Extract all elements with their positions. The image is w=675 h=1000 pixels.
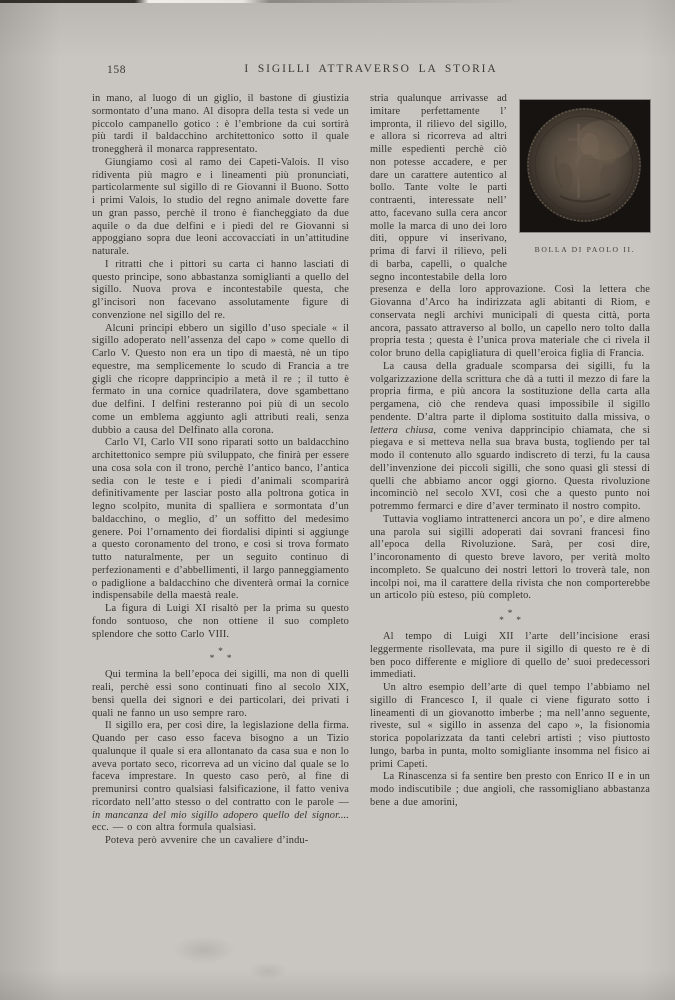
- paragraph: Poteva però avvenire che un cavaliere d’…: [92, 835, 349, 848]
- paragraph: La Rinascenza si fa sentire ben presto c…: [370, 771, 650, 809]
- book-page: 158 I SIGILLI ATTRAVERSO LA STORIA in ma…: [0, 0, 675, 1000]
- paragraph: Un altro esempio dell’arte di quel tempo…: [370, 682, 650, 771]
- seal-photo: [520, 100, 650, 232]
- paragraph: La causa della graduale scomparsa dei si…: [370, 361, 650, 514]
- seal-illustration: [520, 100, 650, 232]
- figure-caption: BOLLA DI PAOLO II.: [520, 245, 650, 254]
- paragraph: Il sigillo era, per così dire, la legisl…: [92, 720, 349, 835]
- paragraph: Qui termina la bell’epoca dei sigilli, m…: [92, 669, 349, 720]
- paragraph: Carlo VI, Carlo VII sono riparati sotto …: [92, 437, 349, 603]
- asterism-divider: ** *: [370, 603, 650, 631]
- paragraph: Al tempo di Luigi XII l’arte dell’incisi…: [370, 631, 650, 682]
- paragraph: I ritratti che i pittori su carta ci han…: [92, 259, 349, 323]
- paragraph: Tuttavia vogliamo intrattenerci ancora u…: [370, 514, 650, 603]
- paragraph: Alcuni principi ebbero un sigillo d’uso …: [92, 323, 349, 438]
- running-title: I SIGILLI ATTRAVERSO LA STORIA: [92, 63, 650, 75]
- paper-smudge: [248, 962, 288, 980]
- scan-edge-artifact: [0, 0, 675, 3]
- paper-smudge: [172, 936, 236, 964]
- text-body: in mano, al luogo di un giglio, il basto…: [92, 93, 650, 848]
- asterism-divider: ** *: [92, 641, 349, 669]
- paragraph: La figura di Luigi XI risaltò per la pri…: [92, 603, 349, 641]
- page-number: 158: [107, 64, 126, 76]
- paragraph: Giungiamo così al ramo dei Capeti-Valois…: [92, 157, 349, 259]
- seal-figure: BOLLA DI PAOLO II.: [520, 100, 650, 254]
- left-column: in mano, al luogo di un giglio, il basto…: [92, 93, 349, 848]
- paragraph: in mano, al luogo di un giglio, il basto…: [92, 93, 349, 157]
- right-column: BOLLA DI PAOLO II. stria qualunque arriv…: [370, 93, 650, 848]
- page-header: 158 I SIGILLI ATTRAVERSO LA STORIA: [92, 63, 650, 79]
